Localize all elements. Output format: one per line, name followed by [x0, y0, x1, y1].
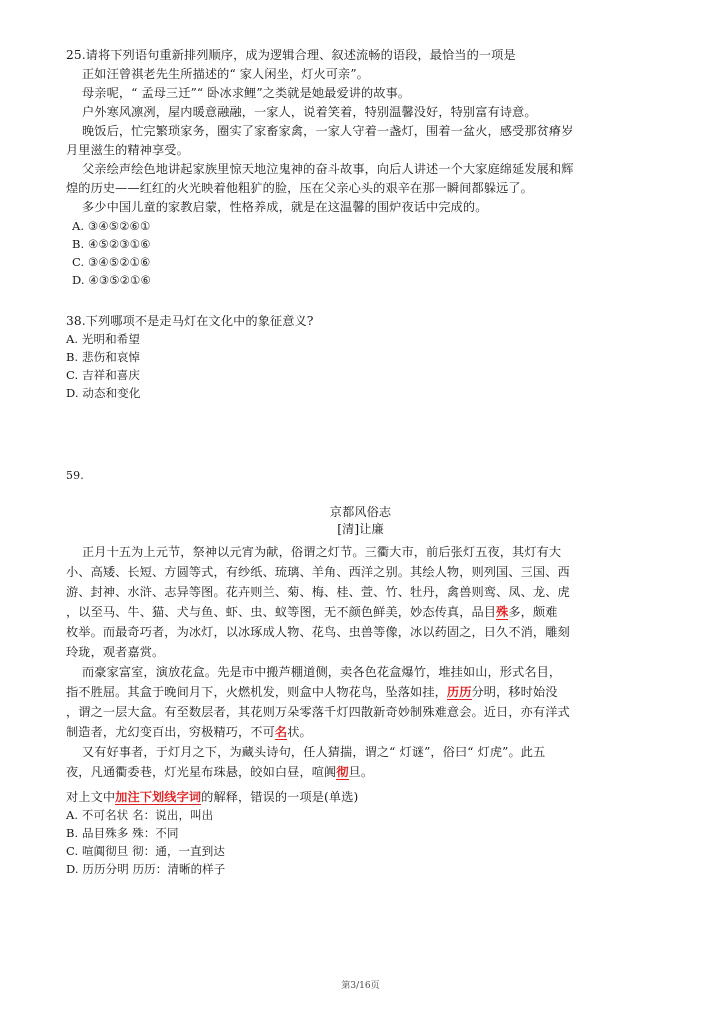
q25-sentence-5b: 煌的历史——红红的火光映着他粗犷的脸，压在父亲心头的艰辛在那一瞬间都躲远了。: [66, 179, 533, 197]
passage-line-10-text-a: 制造者，尤幻变百出，穷极精巧，不可: [66, 725, 275, 739]
q59-option-c[interactable]: C. 喧阗彻旦 彻：通，一直到达: [66, 842, 225, 860]
passage-author: [清]让廉: [0, 520, 721, 538]
q59-question: 对上文中加注下划线字词的解释，错误的一项是(单选): [66, 788, 358, 806]
q59-option-b[interactable]: B. 品目殊多 殊：不同: [66, 824, 179, 842]
passage-line-12-text-a: 夜，凡通衢委巷，灯光星布珠悬，皎如白昼，喧阗: [66, 765, 336, 779]
passage-line-8: 指不胜屈。其盒于晚间月下，火燃机发，则盒中人物花鸟，坠落如挂，历历分明，移时始没: [66, 683, 558, 701]
passage-line-8-text-b: 分明，移时始没: [472, 685, 558, 699]
q25-sentence-4b: 月里滋生的精神享受。: [66, 141, 189, 159]
q25-sentence-2: 母亲呢，“ 孟母三迁”“ 卧冰求鲤”之类就是她最爱讲的故事。: [82, 84, 410, 102]
underlined-word-che: 彻: [336, 765, 348, 780]
passage-line-12-text-b: 旦。: [349, 765, 374, 779]
passage-line-1: 正月十五为上元节，祭神以元宵为献，俗谓之灯节。三衢大市，前后张灯五夜，其灯有大: [82, 543, 561, 561]
q59-option-a[interactable]: A. 不可名状 名：说出，叫出: [66, 806, 213, 824]
passage-line-4-text-b: 多，颇难: [508, 605, 557, 619]
q59-question-suffix: 的解释，错误的一项是(单选): [201, 790, 358, 804]
q25-sentence-1: 正如汪曾祺老先生所描述的“ 家人闲坐，灯火可亲”。: [82, 65, 369, 83]
q25-option-a[interactable]: A. ③④⑤②⑥①: [72, 217, 150, 235]
underlined-word-shu: 殊: [496, 605, 508, 620]
passage-line-4: ，以至马、牛、猫、犬与鱼、虾、虫、蚁等图，无不颜色鲜美，妙态传真，品目殊多，颇难: [66, 603, 558, 621]
q25-sentence-5a: 父亲绘声绘色地讲起家族里惊天地泣鬼神的奋斗故事，向后人讲述一个大家庭绵延发展和辉: [82, 160, 574, 178]
q25-sentence-6: 多少中国儿童的家教启蒙，性格养成，就是在这温馨的围炉夜话中完成的。: [82, 198, 488, 216]
q25-sentence-4a: 晚饭后，忙完繁琐家务，圈实了家畜家禽，一家人守着一盏灯，围着一盆火，感受那贫瘠岁: [82, 122, 574, 140]
passage-line-4-text-a: ，以至马、牛、猫、犬与鱼、虾、虫、蚁等图，无不颜色鲜美，妙态传真，品目: [66, 605, 496, 619]
q38-option-b[interactable]: B. 悲伤和哀悼: [66, 348, 140, 366]
q25-option-b[interactable]: B. ④⑤②③①⑥: [72, 235, 151, 253]
passage-line-6: 玲珑，观者嘉赏。: [66, 643, 164, 661]
passage-line-10-text-b: 状。: [287, 725, 312, 739]
q25-option-d[interactable]: D. ④③⑤②①⑥: [72, 271, 151, 289]
q38-option-a[interactable]: A. 光明和希望: [66, 330, 140, 348]
passage-line-11: 又有好事者，于灯月之下，为藏头诗句，任人猜揣，谓之“ 灯谜”，俗曰“ 灯虎”。此…: [82, 743, 545, 761]
underlined-word-ming: 名: [275, 725, 287, 740]
passage-title: 京都风俗志: [0, 503, 721, 521]
page-number: 第3/16页: [0, 978, 721, 991]
q25-sentence-3: 户外寒风凛冽，屋内暖意融融，一家人，说着笑着，特别温馨没好，特别富有诗意。: [82, 103, 537, 121]
q59-question-highlight: 加注下划线字词: [115, 790, 201, 805]
q38-option-c[interactable]: C. 吉祥和喜庆: [66, 366, 140, 384]
passage-line-12: 夜，凡通衢委巷，灯光星布珠悬，皎如白昼，喧阗彻旦。: [66, 763, 373, 781]
passage-line-8-text-a: 指不胜屈。其盒于晚间月下，火燃机发，则盒中人物花鸟，坠落如挂，: [66, 685, 447, 699]
passage-line-9: ，谓之一层大盒。有至数层者，其花则万朵零落千灯四散新奇妙制殊难意会。近日，亦有洋…: [66, 703, 570, 721]
document-page: 25.请将下列语句重新排列顺序，成为逻辑合理、叙述流畅的语段，最恰当的一项是 正…: [0, 0, 721, 1024]
q59-option-d[interactable]: D. 历历分明 历历：清晰的样子: [66, 860, 225, 878]
q25-stem: 25.请将下列语句重新排列顺序，成为逻辑合理、叙述流畅的语段，最恰当的一项是: [66, 46, 516, 64]
passage-line-7: 而豪家富室，演放花盒。先是市中搬芦棚道侧，卖各色花盒爆竹，堆挂如山，形式名目，: [82, 663, 561, 681]
q59-number: 59.: [66, 467, 84, 485]
q59-question-prefix: 对上文中: [66, 790, 115, 804]
passage-line-5: 枚举。而最奇巧者，为冰灯，以冰琢成人物、花鸟、虫兽等像，冰以药固之，日久不消，雕…: [66, 623, 570, 641]
passage-line-2: 小、高矮、长短、方圆等式，有纱纸、琉璃、羊角、西洋之别。其绘人物，则列国、三国、…: [66, 563, 570, 581]
underlined-word-lili: 历历: [447, 685, 472, 700]
passage-line-3: 游、封神、水浒、志异等图。花卉则兰、菊、梅、桂、萱、竹、牡丹，禽兽则鸾、凤、龙、…: [66, 583, 570, 601]
q25-option-c[interactable]: C. ③④⑤②①⑥: [72, 253, 150, 271]
q38-option-d[interactable]: D. 动态和变化: [66, 384, 140, 402]
q38-stem: 38.下列哪项不是走马灯在文化中的象征意义?: [66, 312, 314, 330]
passage-line-10: 制造者，尤幻变百出，穷极精巧，不可名状。: [66, 723, 312, 741]
